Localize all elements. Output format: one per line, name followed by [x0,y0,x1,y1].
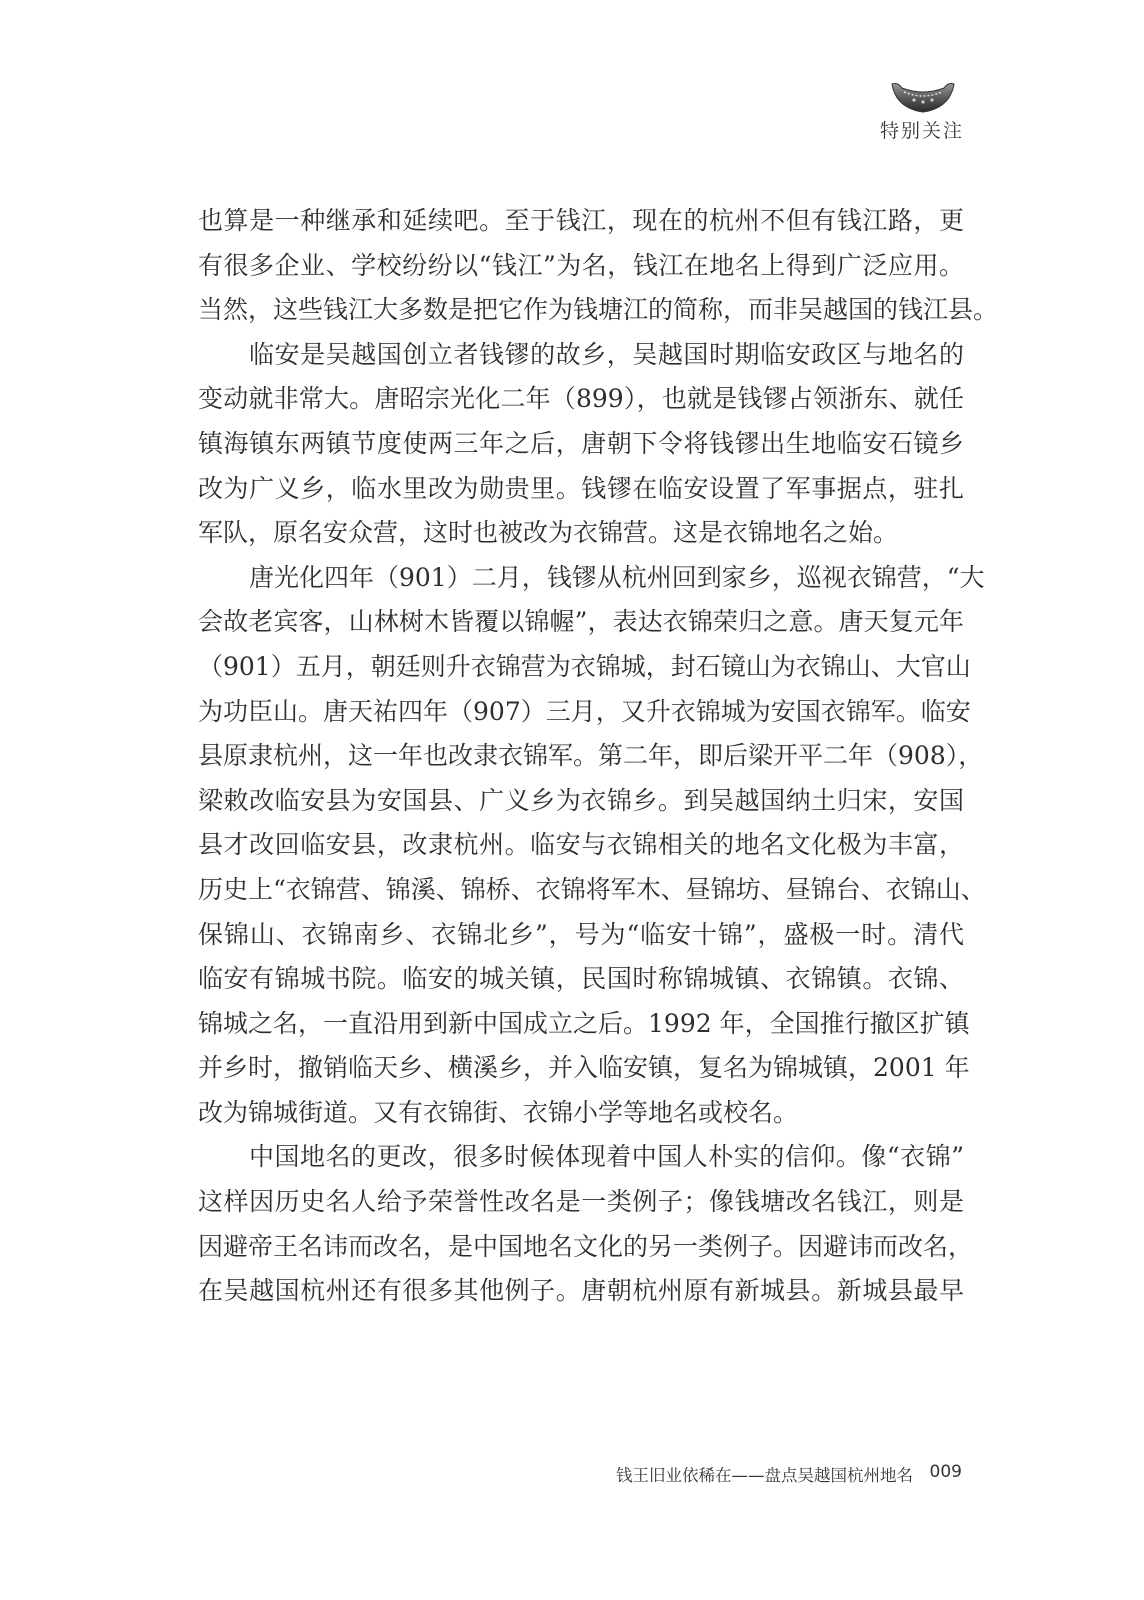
text-line: 因避帝王名讳而改名，是中国地名文化的另一类例子。因避讳而改名， [198,1225,964,1270]
text-line: 军队，原名安众营，这时也被改为衣锦营。这是衣锦地名之始。 [198,511,964,556]
text-line: 唐光化四年（901）二月，钱镠从杭州回到家乡，巡视衣锦营，“大 [198,556,964,601]
text-line: 也算是一种继承和延续吧。至于钱江，现在的杭州不但有钱江路，更 [198,199,964,244]
text-line: 当然，这些钱江大多数是把它作为钱塘江的简称，而非吴越国的钱江县。 [198,288,964,333]
page-number: 009 [930,1462,962,1482]
text-line: 变动就非常大。唐昭宗光化二年（899），也就是钱镠占领浙东、就任 [198,377,964,422]
text-line: 梁敕改临安县为安国县、广义乡为衣锦乡。到吴越国纳土归宋，安国 [198,779,964,824]
running-title: 钱王旧业依稀在——盘点吴越国杭州地名 [616,1462,913,1486]
text-line: 会故老宾客，山林树木皆覆以锦幄”，表达衣锦荣归之意。唐天复元年 [198,600,964,645]
section-label: 特别关注 [880,116,970,143]
text-line: 镇海镇东两镇节度使两三年之后，唐朝下令将钱镠出生地临安石镜乡 [198,422,964,467]
ingot-ornament-icon [890,78,956,116]
text-line: 有很多企业、学校纷纷以“钱江”为名，钱江在地名上得到广泛应用。 [198,244,964,289]
text-line: 临安是吴越国创立者钱镠的故乡，吴越国时期临安政区与地名的 [198,333,964,378]
text-line: 改为广义乡，临水里改为勋贵里。钱镠在临安设置了军事据点，驻扎 [198,467,964,512]
text-line: 保锦山、衣锦南乡、衣锦北乡”，号为“临安十锦”，盛极一时。清代 [198,913,964,958]
text-line: 县原隶杭州，这一年也改隶衣锦军。第二年，即后梁开平二年（908）， [198,734,964,779]
text-line: 改为锦城街道。又有衣锦街、衣锦小学等地名或校名。 [198,1091,964,1136]
text-line: 临安有锦城书院。临安的城关镇，民国时称锦城镇、衣锦镇。衣锦、 [198,957,964,1002]
text-line: 在吴越国杭州还有很多其他例子。唐朝杭州原有新城县。新城县最早 [198,1269,964,1314]
text-line: 这样因历史名人给予荣誉性改名是一类例子；像钱塘改名钱江，则是 [198,1180,964,1225]
text-line: 锦城之名，一直沿用到新中国成立之后。1992 年，全国推行撤区扩镇 [198,1002,964,1047]
text-line: 县才改回临安县，改隶杭州。临安与衣锦相关的地名文化极为丰富， [198,823,964,868]
text-line: 中国地名的更改，很多时候体现着中国人朴实的信仰。像“衣锦” [198,1135,964,1180]
text-line: （901）五月，朝廷则升衣锦营为衣锦城，封石镜山为衣锦山、大官山 [198,645,964,690]
text-line: 历史上“衣锦营、锦溪、锦桥、衣锦将军木、昼锦坊、昼锦台、衣锦山、 [198,868,964,913]
body-text: 也算是一种继承和延续吧。至于钱江，现在的杭州不但有钱江路，更 有很多企业、学校纷… [198,199,964,1314]
text-line: 为功臣山。唐天祐四年（907）三月，又升衣锦城为安国衣锦军。临安 [198,690,964,735]
text-line: 并乡时，撤销临天乡、横溪乡，并入临安镇，复名为锦城镇，2001 年 [198,1046,964,1091]
